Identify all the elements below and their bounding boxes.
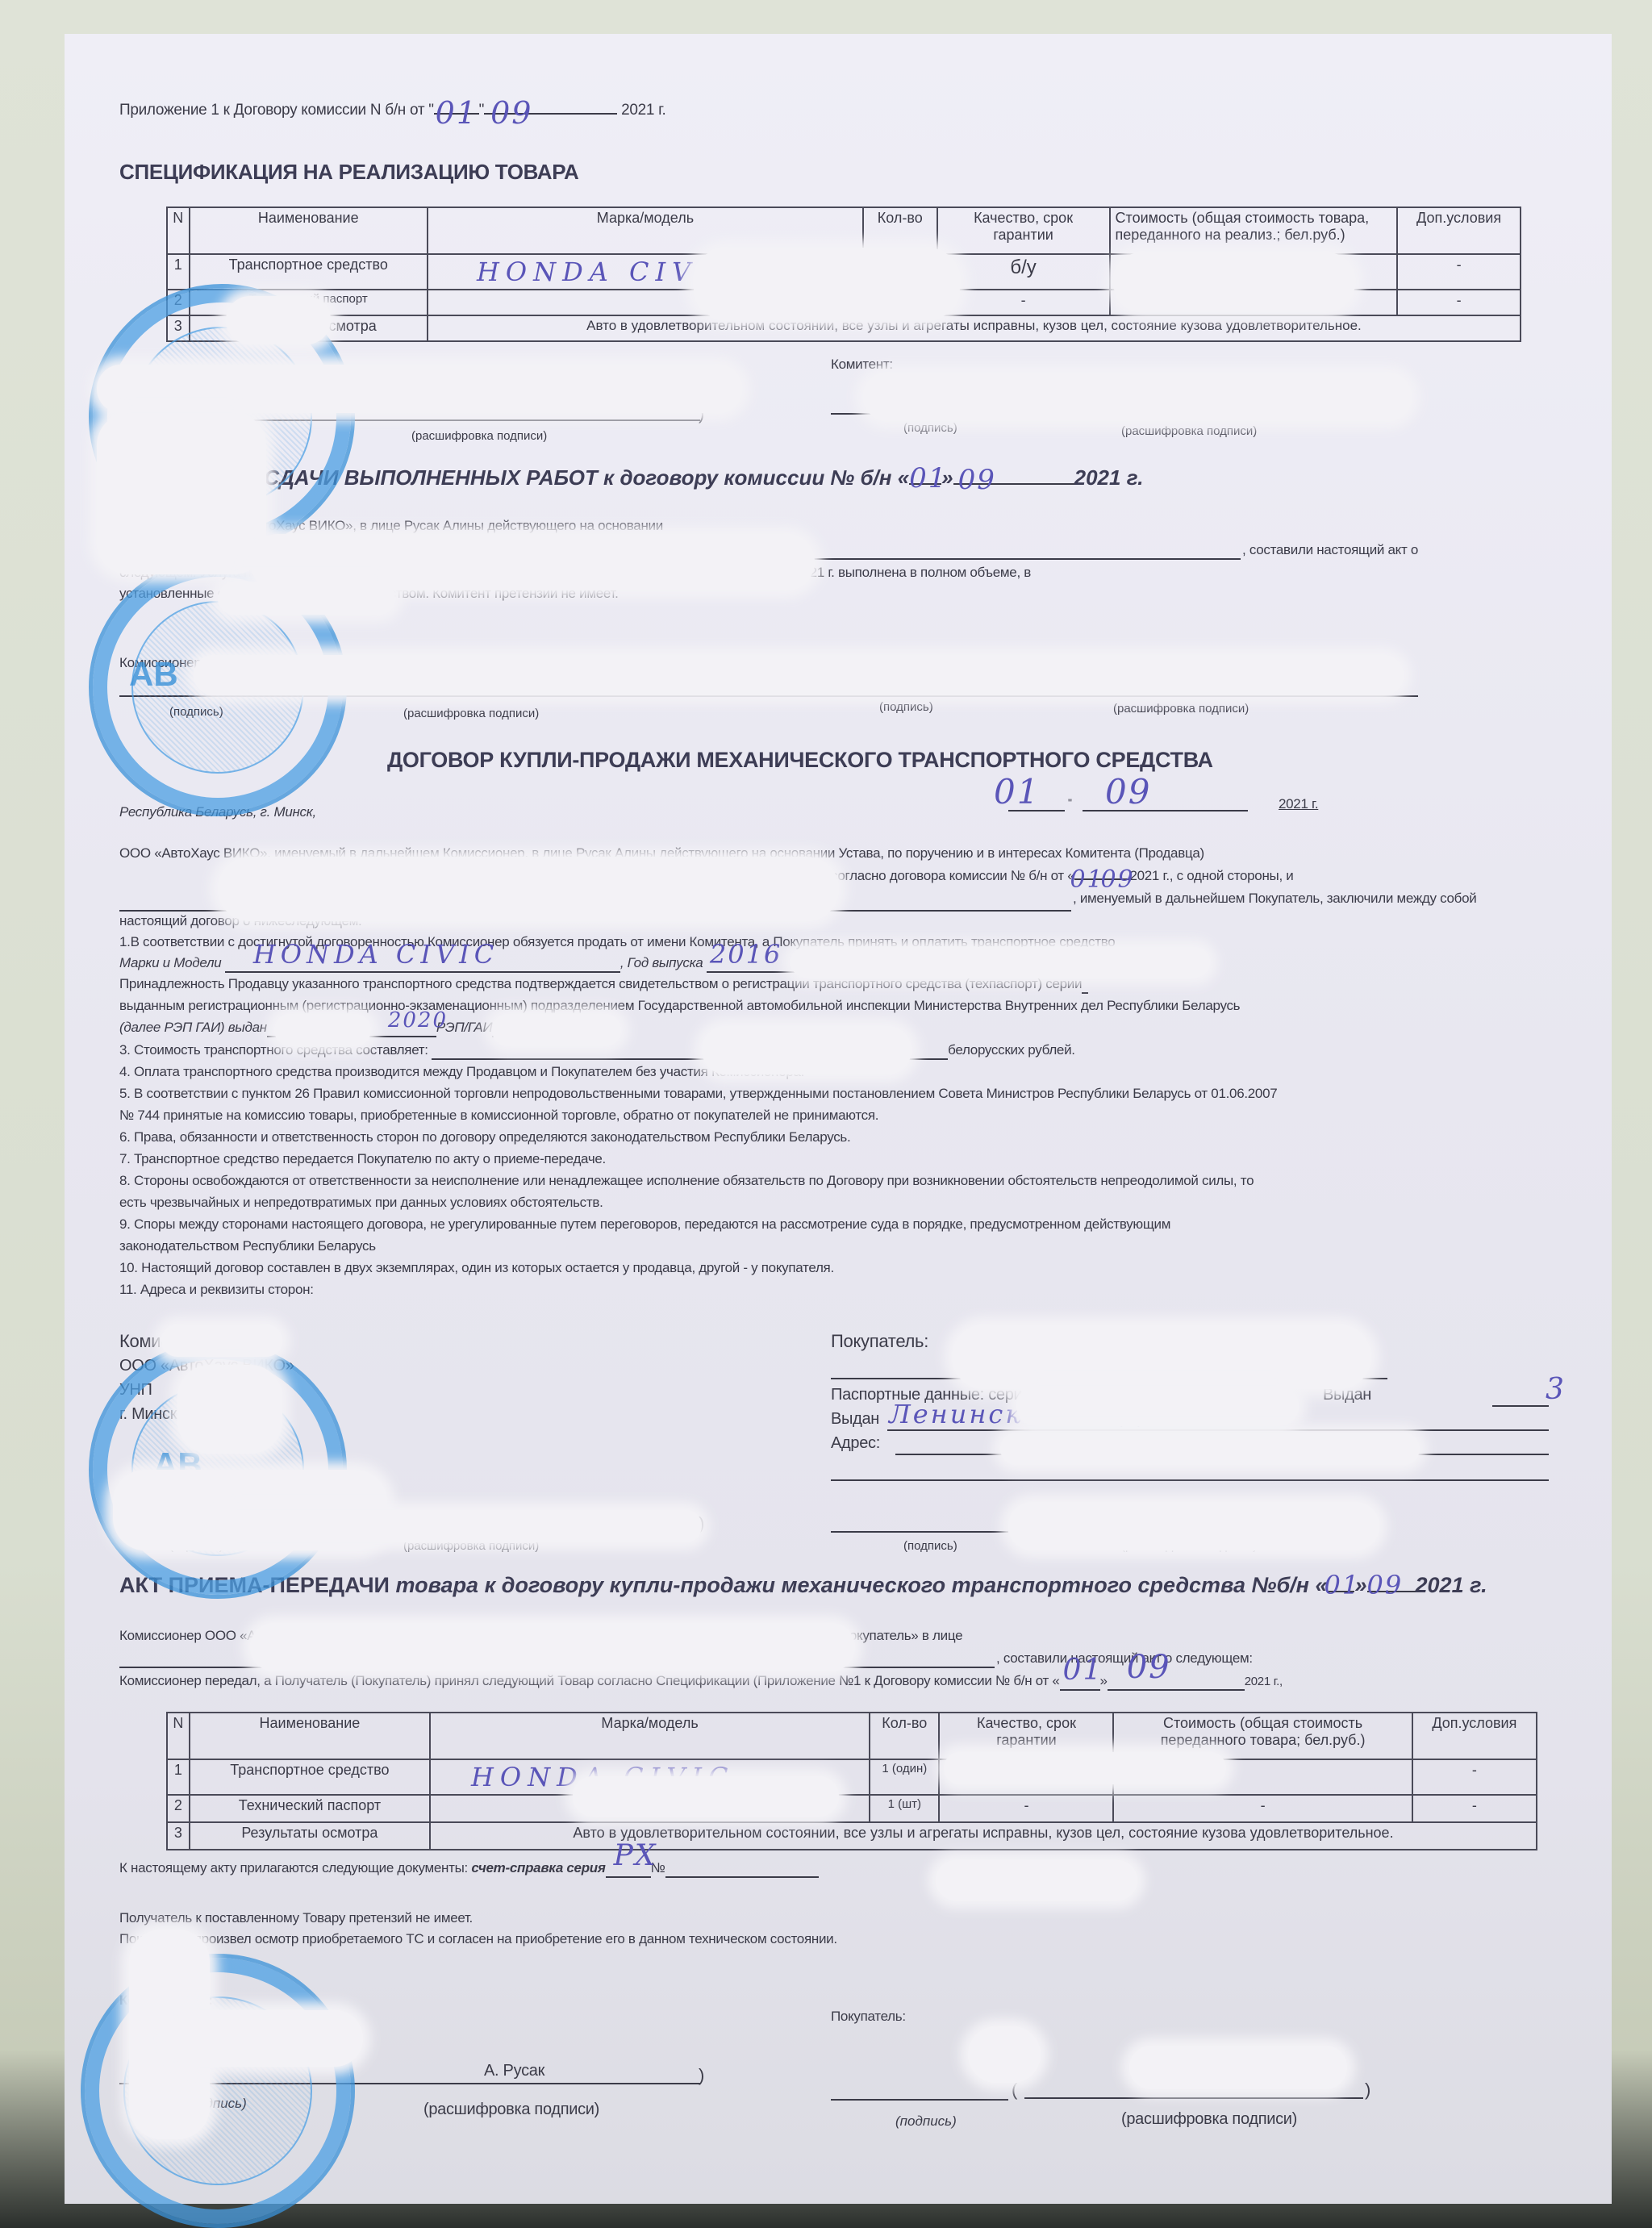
table-row: 2 Технический паспорт 1 (шт) - - - bbox=[167, 1795, 1537, 1822]
contract-model-line: Марки и Модели HONDA CIVIC , Год выпуска… bbox=[119, 955, 875, 973]
year-label: , Год выпуска bbox=[620, 955, 703, 970]
act-works-month-handwritten: 09 bbox=[958, 464, 996, 496]
redaction bbox=[952, 1325, 1371, 1389]
act-transfer-no-claims: Получатель к поставленному Товару претен… bbox=[119, 1910, 473, 1926]
transfer-table-header: N Наименование Марка/модель Кол-во Качес… bbox=[167, 1713, 1537, 1759]
act-transfer-inspected: Покупатель произвел осмотр приобретаемог… bbox=[119, 1931, 837, 1947]
act-transfer-line3-suffix: 2021 г., bbox=[1245, 1675, 1283, 1688]
col-quality: Качество, срок гарантии bbox=[937, 207, 1110, 254]
document-page: Приложение 1 к Договору комиссии N б/н о… bbox=[65, 34, 1612, 2204]
act-transfer-line3-day-handwritten: 01 bbox=[1063, 1654, 1103, 1687]
contract-intro2: согласно договора комиссии № б/н от «010… bbox=[831, 868, 1294, 884]
redaction bbox=[218, 1510, 702, 1542]
redaction bbox=[250, 1623, 855, 1671]
col-cost: Стоимость (общая стоимость товара, перед… bbox=[1110, 207, 1398, 254]
issued-by-label: Выдан bbox=[831, 1410, 879, 1429]
p3-suffix: белорусских рублей. bbox=[948, 1042, 1075, 1058]
cell-inspection-result: Авто в удовлетворительном состоянии, все… bbox=[428, 315, 1521, 341]
act-transfer-line3-text: Комиссионер передал, а Получатель (Покуп… bbox=[119, 1673, 1060, 1688]
model-label: Марки и Модели bbox=[119, 955, 221, 970]
redaction bbox=[274, 1014, 371, 1046]
col-n: N bbox=[167, 207, 190, 254]
contract-p2b: выданным регистрационным (регистрационно… bbox=[119, 998, 1240, 1014]
redaction bbox=[97, 365, 742, 413]
col-model: Марка/модель bbox=[430, 1713, 870, 1759]
act-transfer-decode-left: (расшифровка подписи) bbox=[423, 2101, 599, 2119]
act-works-line2-suffix: , составили настоящий акт о bbox=[1242, 542, 1418, 558]
act-works-signature-right: (подпись) bbox=[879, 700, 933, 714]
appendix-committent-label: Комитент: bbox=[831, 357, 893, 373]
act-transfer-title: АКТ ПРИЕМА-ПЕРЕДАЧИ товара к договору ку… bbox=[119, 1573, 1487, 1598]
cell-quality: б/у bbox=[937, 254, 1110, 290]
cell-extra: - bbox=[1412, 1795, 1537, 1822]
appendix-signature-label-right: (подпись) bbox=[903, 421, 957, 435]
contract-buyer-label: Покупатель: bbox=[831, 1331, 928, 1352]
redaction bbox=[1000, 1433, 1420, 1465]
contract-p8a: 8. Стороны освобождаются от ответственно… bbox=[119, 1173, 1254, 1189]
act-transfer-commissioner-name: А. Русак bbox=[484, 2062, 544, 2080]
docs-prefix: К настоящему акту прилагаются следующие … bbox=[119, 1860, 468, 1875]
redaction bbox=[944, 1752, 1226, 1784]
table-row: 3 Результаты осмотра Авто в удовлетворит… bbox=[167, 1822, 1537, 1850]
redaction bbox=[1008, 1502, 1379, 1550]
quote-mark: " bbox=[1068, 796, 1072, 809]
contract-p5b: № 744 принятые на комиссию товары, приоб… bbox=[119, 1108, 878, 1124]
paren-close: ) bbox=[699, 2065, 704, 2086]
act-transfer-signature-right: (подпись) bbox=[895, 2113, 957, 2130]
act-transfer-month-handwritten: 09 bbox=[1367, 1570, 1404, 1600]
contract-title: ДОГОВОР КУПЛИ-ПРОДАЖИ МЕХАНИЧЕСКОГО ТРАН… bbox=[387, 748, 1213, 773]
cell-n: 1 bbox=[167, 1759, 190, 1795]
contract-p8b: есть чрезвычайных и непредотвратимых при… bbox=[119, 1195, 603, 1211]
contract-intro3: , именуемый в дальнейшем Покупатель, зак… bbox=[1073, 891, 1476, 907]
redaction bbox=[218, 857, 839, 921]
redaction bbox=[194, 655, 1404, 695]
issued-by-line bbox=[887, 1429, 1549, 1431]
redaction bbox=[968, 2026, 1041, 2083]
cell-quality: - bbox=[937, 290, 1110, 315]
contract-intro2-text: согласно договора комиссии № б/н от « bbox=[831, 868, 1074, 883]
contract-p11: 11. Адреса и реквизиты сторон: bbox=[119, 1282, 314, 1298]
passport-issued-handwritten-tail: 3 bbox=[1546, 1373, 1566, 1406]
contract-p2a: Принадлежность Продавцу указанного транс… bbox=[119, 976, 1088, 994]
contract-p9b: законодательством Республики Беларусь bbox=[119, 1238, 376, 1254]
contract-buyer-sign-line bbox=[831, 1531, 1008, 1533]
p2c-year-handwritten: 2020 bbox=[388, 1008, 448, 1033]
p2c-prefix: (далее РЭП ГАИ) выдан bbox=[119, 1020, 267, 1035]
cell-n: 3 bbox=[167, 1822, 190, 1850]
redaction bbox=[97, 413, 266, 574]
company-stamp bbox=[81, 1954, 355, 2228]
act-works-decode-right: (расшифровка подписи) bbox=[1113, 702, 1249, 716]
redaction bbox=[1129, 2046, 1347, 2089]
contract-year: 2021 г. bbox=[1279, 796, 1318, 812]
appendix-decode-label-left: (расшифровка подписи) bbox=[411, 429, 547, 443]
contract-day-handwritten: 01 bbox=[994, 772, 1040, 812]
act-transfer-line3-month-handwritten: 09 bbox=[1127, 1649, 1171, 1686]
redaction bbox=[694, 248, 960, 320]
contract-p10: 10. Настоящий договор составлен в двух э… bbox=[119, 1260, 834, 1276]
cell-extra: - bbox=[1397, 254, 1521, 290]
redaction bbox=[1113, 252, 1355, 312]
redaction bbox=[177, 1365, 282, 1454]
redaction bbox=[492, 1014, 621, 1046]
cell-n: 1 bbox=[167, 254, 190, 290]
act-works-year: 2021 г. bbox=[1074, 465, 1144, 490]
col-qty: Кол-во bbox=[870, 1713, 939, 1759]
docs-italic: счет-справка серия bbox=[468, 1860, 606, 1875]
p2a-text: Принадлежность Продавцу указанного транс… bbox=[119, 976, 1082, 991]
cell-quality: - bbox=[939, 1795, 1113, 1822]
cell-name: Транспортное средство bbox=[190, 1759, 430, 1795]
col-extra: Доп.условия bbox=[1397, 207, 1521, 254]
p3-prefix: 3. Стоимость транспортного средства сост… bbox=[119, 1042, 428, 1058]
cell-name: Результаты осмотра bbox=[190, 1822, 430, 1850]
act-transfer-line3: Комиссионер передал, а Получатель (Покуп… bbox=[119, 1673, 1283, 1691]
year-value-handwritten: 2016 bbox=[710, 939, 782, 970]
redaction bbox=[218, 582, 395, 615]
col-name: Наименование bbox=[190, 1713, 430, 1759]
appendix-year: 2021 г. bbox=[621, 102, 665, 119]
paren-close: ) bbox=[1365, 2080, 1370, 2101]
contract-signature-right: (подпись) bbox=[903, 1539, 957, 1553]
act-transfer-buyer-sign-line bbox=[831, 2099, 1008, 2101]
cell-qty: 1 (один) bbox=[870, 1759, 939, 1795]
cell-extra: - bbox=[1412, 1759, 1537, 1795]
cell-cost: - bbox=[1113, 1795, 1412, 1822]
redaction bbox=[936, 1860, 1137, 1900]
transfer-table: N Наименование Марка/модель Кол-во Качес… bbox=[166, 1712, 1537, 1850]
contract-p5a: 5. В соответствии с пунктом 26 Правил ко… bbox=[119, 1086, 1277, 1102]
redaction bbox=[226, 296, 331, 344]
redaction bbox=[573, 1776, 839, 1817]
contract-intro2-suffix: 2021 г., с одной стороны, и bbox=[1129, 868, 1293, 883]
col-extra: Доп.условия bbox=[1412, 1713, 1537, 1759]
redaction bbox=[702, 1026, 912, 1074]
contract-p9a: 9. Споры между сторонами настоящего дого… bbox=[119, 1216, 1170, 1233]
contract-intro2-day-handwritten: 01 bbox=[1070, 866, 1103, 894]
act-transfer-docs: К настоящему акту прилагаются следующие … bbox=[119, 1860, 819, 1878]
passport-issued-line bbox=[1492, 1405, 1549, 1407]
docs-series-handwritten: РХ bbox=[614, 1839, 657, 1872]
act-transfer-line2-suffix: , составили настоящий акт о следующем: bbox=[996, 1650, 1253, 1667]
act-transfer-buyer-decode-line bbox=[1024, 2097, 1363, 2099]
act-transfer-year: 2021 г. bbox=[1416, 1573, 1487, 1597]
act-works-day-handwritten: 01 bbox=[909, 462, 947, 494]
model-value-handwritten: HONDA CIVIC bbox=[253, 939, 499, 970]
contract-p4: 4. Оплата транспортного средства произво… bbox=[119, 1064, 804, 1080]
address-line-2 bbox=[831, 1479, 1549, 1481]
contract-month-handwritten: 09 bbox=[1105, 772, 1151, 812]
col-name: Наименование bbox=[190, 207, 428, 254]
cell-qty: 1 (шт) bbox=[870, 1795, 939, 1822]
act-transfer-day-handwritten: 01 bbox=[1324, 1570, 1360, 1600]
appendix-decode-label-right: (расшифровка подписи) bbox=[1121, 424, 1257, 438]
redaction bbox=[1016, 1386, 1299, 1426]
act-works-decode-left: (расшифровка подписи) bbox=[403, 707, 539, 720]
redaction bbox=[863, 373, 1412, 421]
appendix-header-prefix: Приложение 1 к Договору комиссии N б/н о… bbox=[119, 102, 434, 119]
appendix-day-handwritten: 01 bbox=[436, 95, 478, 131]
redaction bbox=[169, 2010, 363, 2067]
cell-name: Технический паспорт bbox=[190, 1795, 430, 1822]
cell-extra: - bbox=[1397, 290, 1521, 315]
act-transfer-decode-right: (расшифровка подписи) bbox=[1121, 2110, 1297, 2129]
act-works-line3-suffix: 2021 г. выполнена в полном объеме, в bbox=[795, 565, 1031, 580]
col-n: N bbox=[167, 1713, 190, 1759]
contract-p6: 6. Права, обязанности и ответственность … bbox=[119, 1129, 850, 1145]
act-transfer-title-rest: товара к договору купли-продажи механиче… bbox=[390, 1573, 1328, 1597]
address-label: Адрес: bbox=[831, 1434, 880, 1453]
appendix-month-handwritten: 09 bbox=[490, 95, 532, 131]
act-transfer-buyer-label: Покупатель: bbox=[831, 2009, 906, 2025]
spec-title: СПЕЦИФИКАЦИЯ НА РЕАЛИЗАЦИЮ ТОВАРА bbox=[119, 160, 579, 185]
table-row: 1 Транспортное средство HONDA CIVIC 1 (о… bbox=[167, 1759, 1537, 1795]
cell-n: 2 bbox=[167, 1795, 190, 1822]
contract-intro2-month-handwritten: 09 bbox=[1100, 866, 1134, 894]
redaction bbox=[791, 947, 1210, 978]
stamp-letters: АВ bbox=[129, 655, 178, 694]
cell-inspection-result: Авто в удовлетворительном состоянии, все… bbox=[430, 1822, 1537, 1850]
appendix-header: Приложение 1 к Договору комиссии N б/н о… bbox=[119, 102, 665, 119]
redaction bbox=[161, 1325, 282, 1357]
contract-p7: 7. Транспортное средство передается Поку… bbox=[119, 1151, 606, 1167]
